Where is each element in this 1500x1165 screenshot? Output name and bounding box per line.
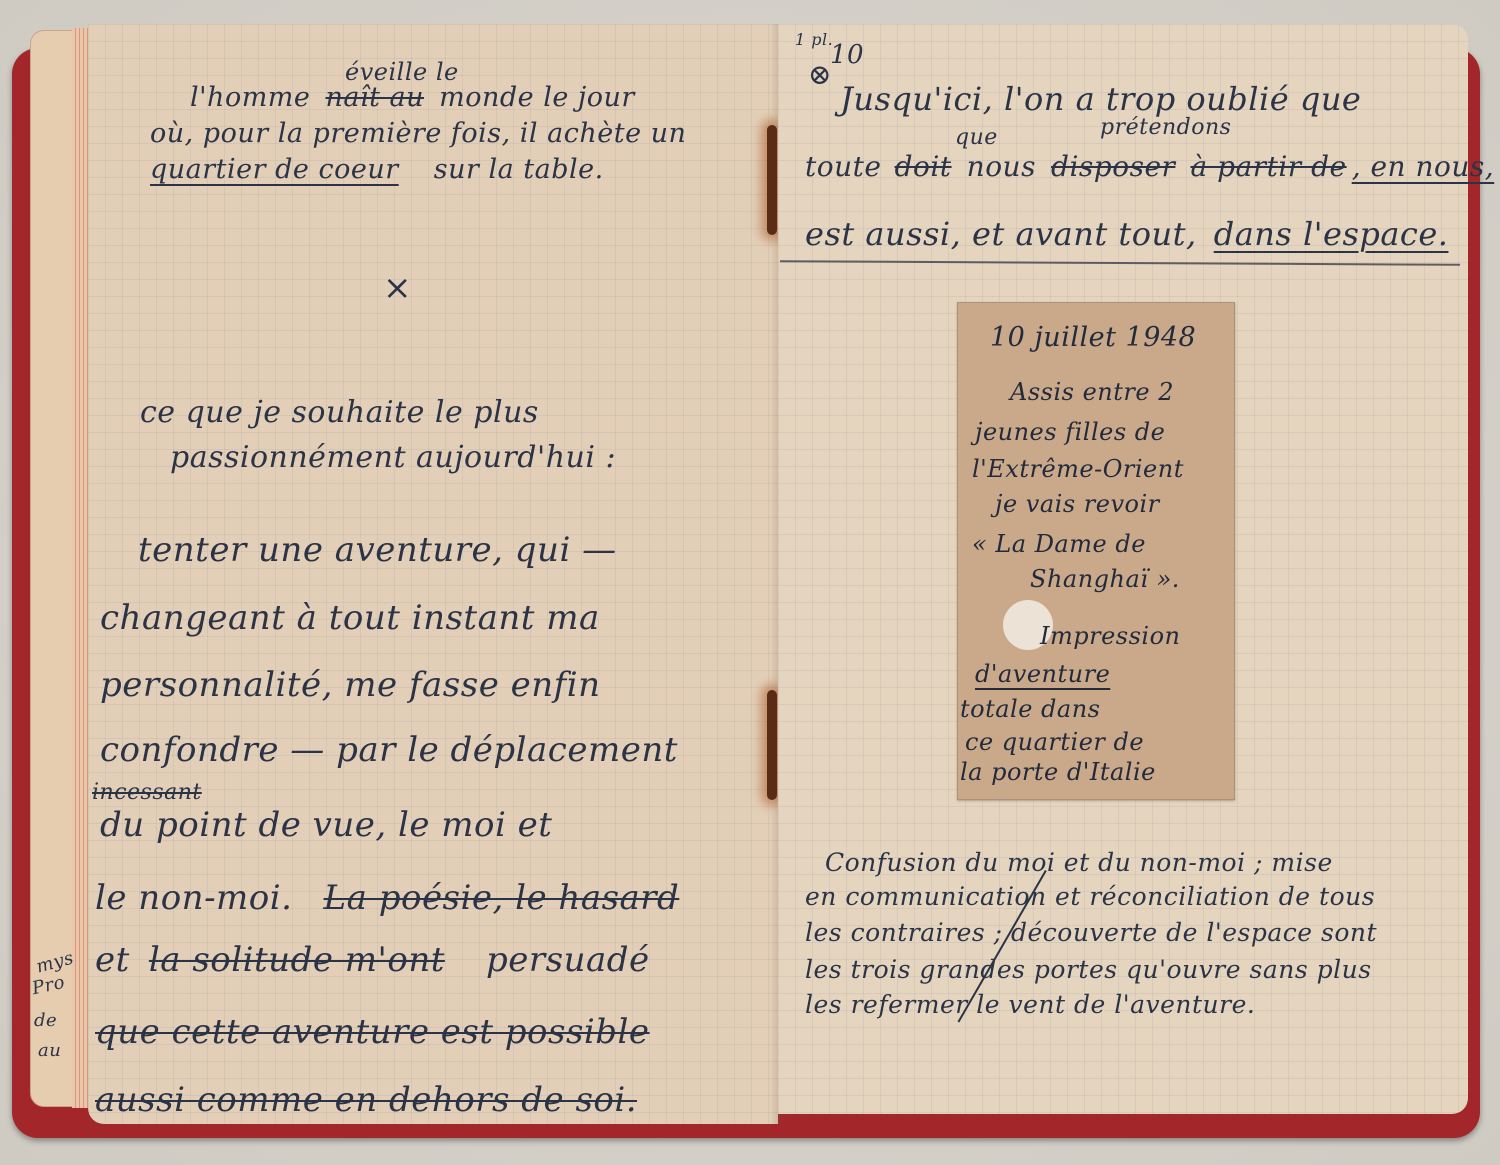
paragraph-text: toute xyxy=(805,150,881,183)
note-line-1: l'homme naît au monde le jour xyxy=(190,82,635,113)
note-text: l'homme xyxy=(190,82,310,113)
note-text: sur la table. xyxy=(434,154,604,185)
paragraph-line: et la solitude m'ont persuadé xyxy=(95,940,650,980)
paragraph-text: nous xyxy=(967,150,1036,183)
margin-fragment: de xyxy=(34,1010,57,1031)
ticket-line: d'aventure xyxy=(975,660,1110,688)
paragraph-line: en communication et réconciliation de to… xyxy=(805,882,1375,911)
paragraph-line: ce que je souhaite le plus xyxy=(140,395,539,430)
struck-text: la solitude m'ont xyxy=(149,940,445,980)
struck-text: disposer xyxy=(1051,150,1175,183)
paragraph-line: personnalité, me fasse enfin xyxy=(100,665,601,705)
cross-mark-icon: × xyxy=(383,268,412,308)
paragraph-line: confondre — par le déplacement xyxy=(100,730,678,770)
ticket-line: je vais revoir xyxy=(995,490,1160,518)
paragraph-text: est aussi, et avant tout, xyxy=(805,215,1197,253)
paragraph-text: le non-moi. xyxy=(95,878,292,918)
ticket-line: ce quartier de xyxy=(965,728,1144,756)
paragraph-line: est aussi, et avant tout, dans l'espace. xyxy=(805,215,1448,253)
paragraph-line: les trois grandes portes qu'ouvre sans p… xyxy=(805,955,1372,984)
staple-top xyxy=(767,125,777,235)
corner-note: 1 pl. xyxy=(795,30,833,49)
ticket-date: 10 juillet 1948 xyxy=(990,322,1196,353)
circled-x-icon: ⊗ xyxy=(808,58,832,91)
underlined-text: quartier de coeur xyxy=(150,154,399,185)
paragraph-line: toute doit nous disposer à partir de , e… xyxy=(805,150,1494,183)
ticket-line: « La Dame de xyxy=(972,530,1146,558)
staple-bottom xyxy=(767,690,777,800)
struck-text: La poésie, le hasard xyxy=(324,878,680,918)
ticket-line: l'Extrême-Orient xyxy=(972,455,1184,483)
paragraph-line: Jusqu'ici, l'on a trop oublié que xyxy=(840,80,1361,118)
note-line-3: quartier de coeur sur la table. xyxy=(150,154,604,185)
paragraph-line: les refermer le vent de l'aventure. xyxy=(805,990,1255,1019)
paragraph-line: les contraires ; découverte de l'espace … xyxy=(805,918,1377,947)
ticket-line: Shanghaï ». xyxy=(1030,565,1180,593)
note-line-2: où, pour la première fois, il achète un xyxy=(150,118,686,149)
struck-text: naît au xyxy=(325,82,424,113)
paragraph-line: du point de vue, le moi et xyxy=(100,805,552,845)
struck-insertion: incessant xyxy=(92,780,202,805)
insertion-text: prétendons xyxy=(1100,115,1231,140)
ticket-line: la porte d'Italie xyxy=(960,758,1156,786)
ticket-line: Impression xyxy=(1040,622,1181,650)
note-text: monde le jour xyxy=(439,82,635,113)
paragraph-line: Confusion du moi et du non-moi ; mise xyxy=(825,848,1333,877)
struck-text: doit xyxy=(895,150,952,183)
margin-fragment: au xyxy=(38,1040,61,1061)
underlined-text: , en nous, xyxy=(1352,150,1495,183)
paragraph-line: passionnément aujourd'hui : xyxy=(170,440,616,475)
ticket-line: jeunes filles de xyxy=(975,418,1165,446)
underlined-text: dans l'espace. xyxy=(1214,215,1449,253)
paragraph-text: et xyxy=(95,940,130,980)
paragraph-line: le non-moi. La poésie, le hasard xyxy=(95,878,679,918)
paragraph-text: persuadé xyxy=(486,940,650,980)
ticket-line: Assis entre 2 xyxy=(1010,378,1174,406)
struck-text: à partir de xyxy=(1191,150,1347,183)
insertion-text: que xyxy=(955,125,998,150)
struck-line: aussi comme en dehors de soi. xyxy=(95,1080,637,1120)
entry-number: 10 xyxy=(830,40,864,70)
ticket-line: totale dans xyxy=(960,695,1101,723)
paragraph-line: changeant à tout instant ma xyxy=(100,598,600,638)
paragraph-line: tenter une aventure, qui — xyxy=(138,530,617,570)
struck-line: que cette aventure est possible xyxy=(95,1012,650,1052)
